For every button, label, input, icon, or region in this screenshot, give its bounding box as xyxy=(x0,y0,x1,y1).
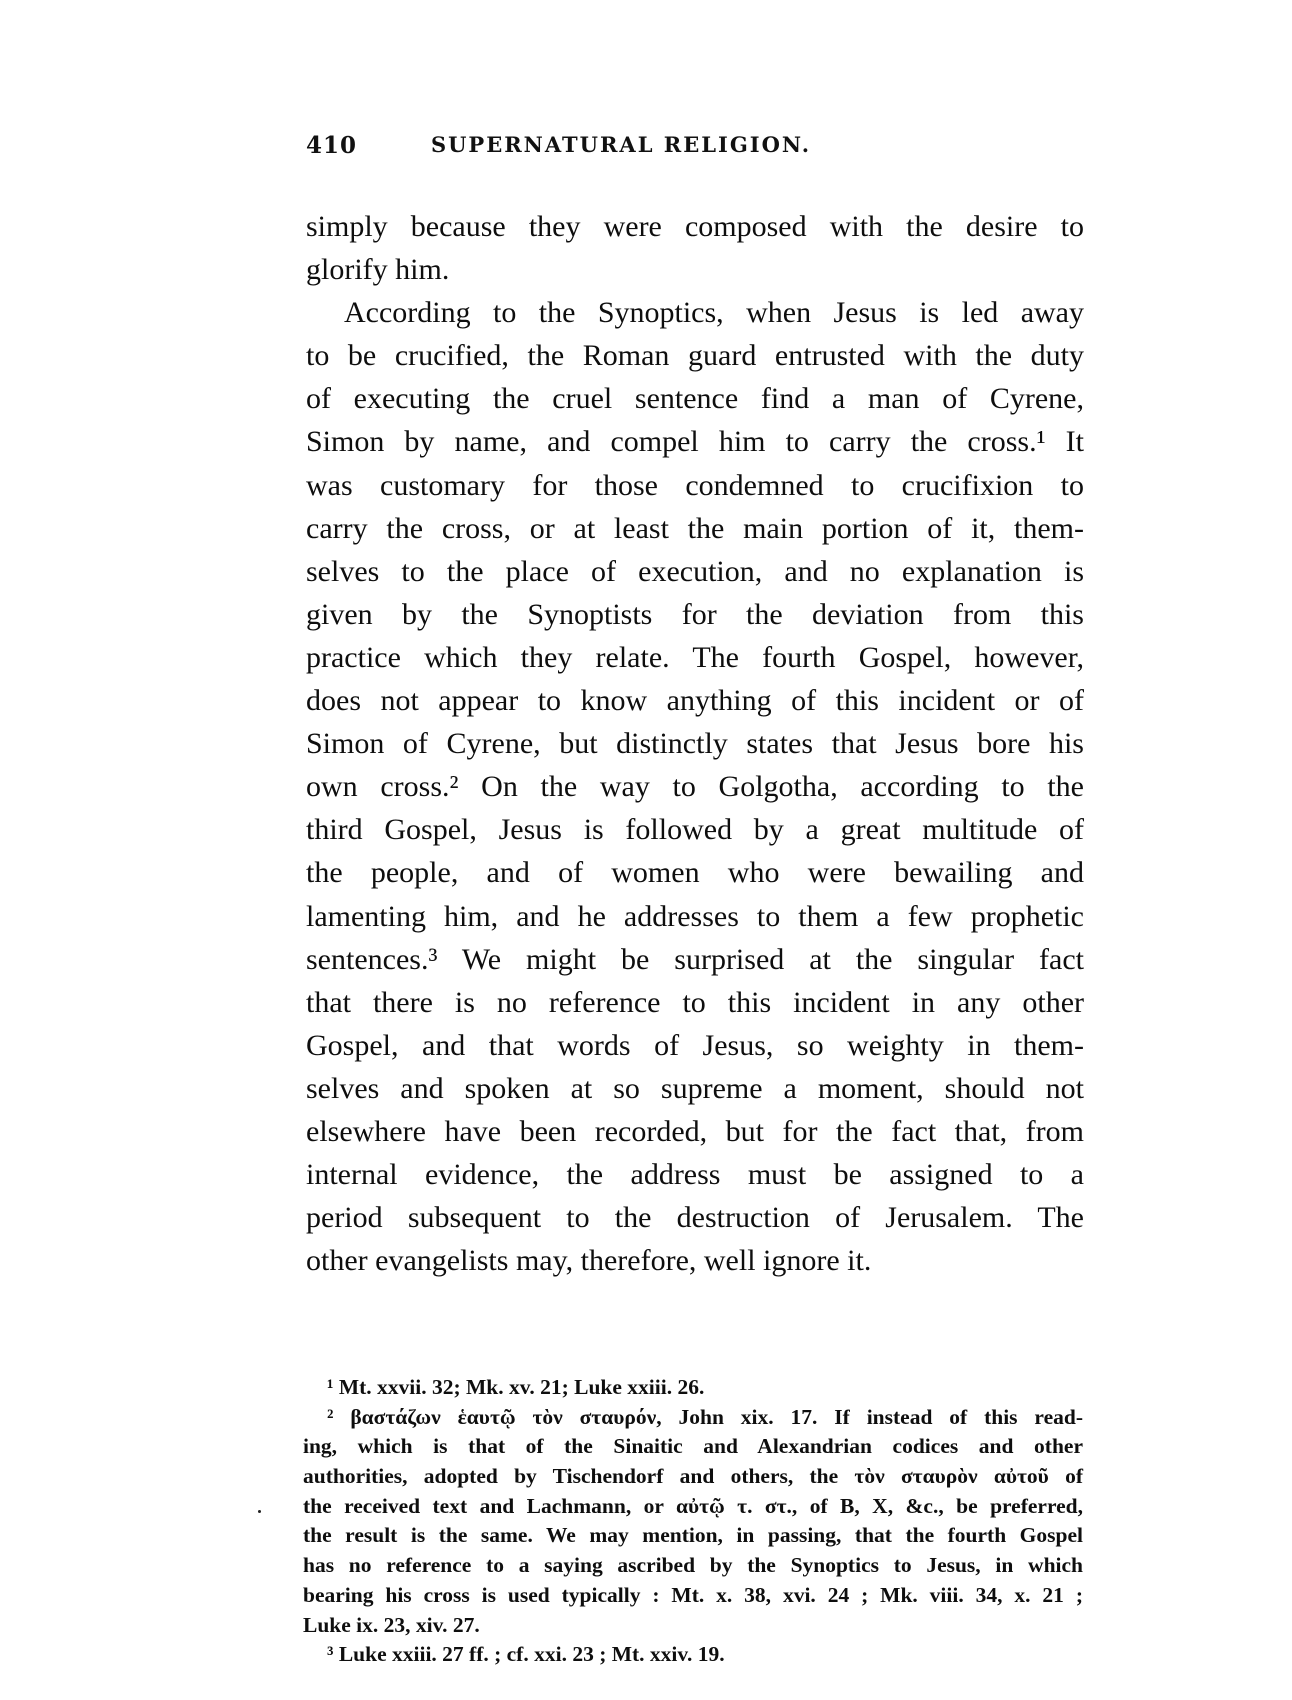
footnote-line: has no reference to a saying ascribed by… xyxy=(303,1551,1083,1581)
text-line: of executing the cruel sentence find a m… xyxy=(306,377,1084,420)
text-line: given by the Synoptists for the deviatio… xyxy=(306,593,1084,636)
text-line: lamenting him, and he addresses to them … xyxy=(306,895,1084,938)
text-line: elsewhere have been recorded, but for th… xyxy=(306,1110,1084,1153)
scan-speck xyxy=(258,1510,261,1513)
main-text: simply because they were composed with t… xyxy=(306,205,1084,1282)
text-line: own cross.² On the way to Golgotha, acco… xyxy=(306,765,1084,808)
book-page: 410 SUPERNATURAL RELIGION. simply becaus… xyxy=(0,0,1292,1700)
text-line: sentences.³ We might be surprised at the… xyxy=(306,938,1084,981)
text-line: third Gospel, Jesus is followed by a gre… xyxy=(306,808,1084,851)
text-line: glorify him. xyxy=(306,248,1084,291)
page-header: 410 SUPERNATURAL RELIGION. xyxy=(306,132,896,172)
text-line: does not appear to know anything of this… xyxy=(306,679,1084,722)
paragraph-start-line: According to the Synoptics, when Jesus i… xyxy=(306,291,1084,334)
running-title: SUPERNATURAL RELIGION. xyxy=(306,132,896,157)
footnote-line: the result is the same. We may mention, … xyxy=(303,1521,1083,1551)
footnote-3: ³ Luke xxiii. 27 ff. ; cf. xxi. 23 ; Mt.… xyxy=(303,1640,1083,1670)
footnote-1: ¹ Mt. xxvii. 32; Mk. xv. 21; Luke xxiii.… xyxy=(303,1373,1083,1403)
footnote-line: Luke ix. 23, xiv. 27. xyxy=(303,1611,1083,1641)
text-line: internal evidence, the address must be a… xyxy=(306,1153,1084,1196)
text-line: Simon of Cyrene, but distinctly states t… xyxy=(306,722,1084,765)
text-line: that there is no reference to this incid… xyxy=(306,981,1084,1024)
text-line: was customary for those condemned to cru… xyxy=(306,464,1084,507)
footnotes: ¹ Mt. xxvii. 32; Mk. xv. 21; Luke xxiii.… xyxy=(303,1373,1083,1670)
text-line: period subsequent to the destruction of … xyxy=(306,1196,1084,1239)
text-line: practice which they relate. The fourth G… xyxy=(306,636,1084,679)
footnote-line: authorities, adopted by Tischendorf and … xyxy=(303,1462,1083,1492)
footnote-2: ² βαστάζων ἑαυτῷ τὸν σταυρόν, John xix. … xyxy=(303,1403,1083,1433)
text-line: simply because they were composed with t… xyxy=(306,205,1084,248)
text-line: the people, and of women who were bewail… xyxy=(306,851,1084,894)
text-line: Gospel, and that words of Jesus, so weig… xyxy=(306,1024,1084,1067)
footnote-line: ing, which is that of the Sinaitic and A… xyxy=(303,1432,1083,1462)
footnote-line: bearing his cross is used typically : Mt… xyxy=(303,1581,1083,1611)
text-line: selves to the place of execution, and no… xyxy=(306,550,1084,593)
text-line: Simon by name, and compel him to carry t… xyxy=(306,420,1084,463)
text-line: carry the cross, or at least the main po… xyxy=(306,507,1084,550)
footnote-line: the received text and Lachmann, or αὐτῷ … xyxy=(303,1492,1083,1522)
text-line: selves and spoken at so supreme a moment… xyxy=(306,1067,1084,1110)
text-line: to be crucified, the Roman guard entrust… xyxy=(306,334,1084,377)
text-line: other evangelists may, therefore, well i… xyxy=(306,1239,1084,1282)
